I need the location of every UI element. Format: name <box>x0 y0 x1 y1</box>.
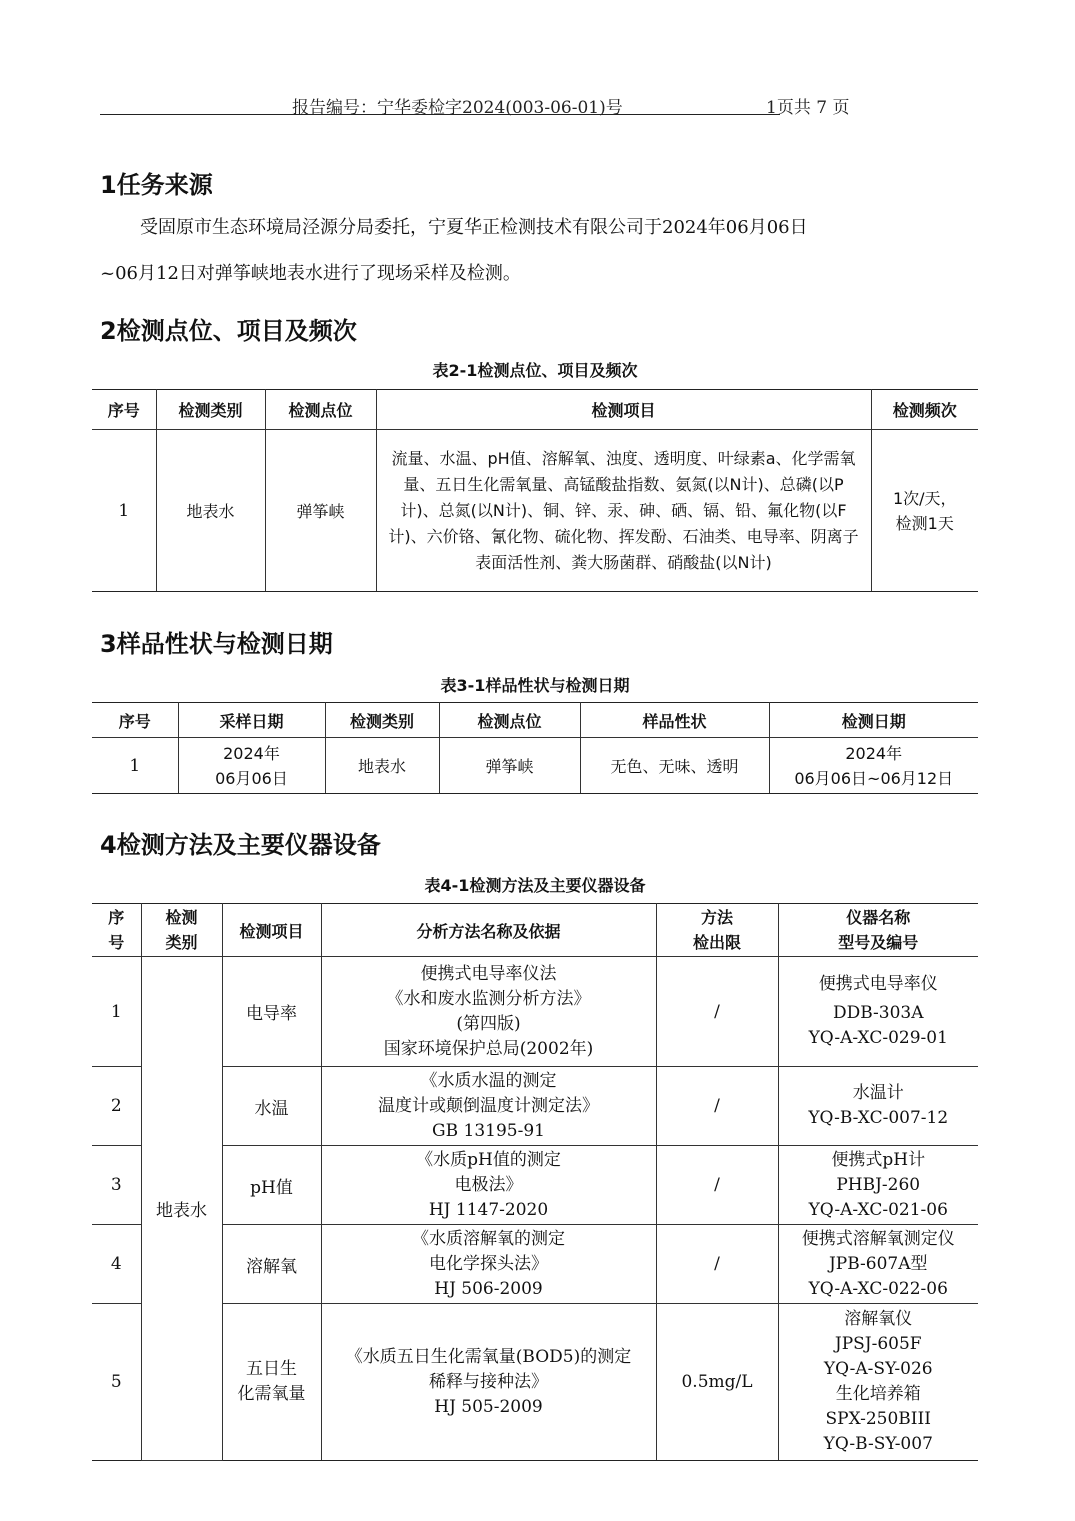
method-line: 稀释与接种法》 <box>326 1370 652 1395</box>
header-category: 检测类别 <box>325 703 439 738</box>
method-line: GB 13195-91 <box>326 1119 652 1144</box>
frequency-line-2: 检测1天 <box>876 511 975 536</box>
header-test-date: 检测日期 <box>769 703 978 738</box>
cell-method: 《水质水温的测定 温度计或颠倒温度计测定法》 GB 13195-91 <box>321 1067 656 1146</box>
cell-sample-date: 2024年 06月06日 <box>178 738 325 794</box>
instrument-line: 便携式溶解氧测定仪 <box>783 1227 975 1252</box>
table-row: 1 2024年 06月06日 地表水 弹筝峡 无色、无味、透明 2024年 06… <box>92 738 978 794</box>
method-line: 电极法》 <box>326 1173 652 1198</box>
cell-test-date: 2024年 06月06日~06月12日 <box>769 738 978 794</box>
instrument-line: YQ-A-SY-026 <box>783 1357 975 1382</box>
table-header-row: 序号 检测类别 检测点位 检测项目 检测频次 <box>92 390 978 430</box>
table3-caption: 表3-1样品性状与检测日期 <box>92 673 978 696</box>
instrument-line: 便携式电导率仪 <box>783 972 975 997</box>
header-instrument: 仪器名称型号及编号 <box>778 904 978 957</box>
cell-item: 溶解氧 <box>222 1225 321 1304</box>
method-line: 电化学探头法》 <box>326 1252 652 1277</box>
cell-item: pH值 <box>222 1146 321 1225</box>
header-no: 序号 <box>92 390 156 430</box>
cell-instrument: 便携式pH计 PHBJ-260 YQ-A-XC-021-06 <box>778 1146 978 1225</box>
cell-limit: / <box>656 957 778 1067</box>
method-line: 便携式电导率仪法 <box>326 962 652 987</box>
cell-no: 1 <box>92 738 178 794</box>
header-no: 序号 <box>92 703 178 738</box>
task-source-line-2: ~06月12日对弹筝峡地表水进行了现场采样及检测。 <box>100 251 960 297</box>
cell-item: 五日生 化需氧量 <box>222 1304 321 1461</box>
cell-method: 《水质五日生化需氧量(BOD5)的测定 稀释与接种法》 HJ 505-2009 <box>321 1304 656 1461</box>
cell-limit: / <box>656 1067 778 1146</box>
task-source-paragraph: 受固原市生态环境局泾源分局委托，宁夏华正检测技术有限公司于2024年06月06日… <box>100 205 960 297</box>
instrument-line: YQ-A-XC-029-01 <box>783 1026 975 1051</box>
cell-category: 地表水 <box>141 957 222 1461</box>
cell-no: 5 <box>92 1304 141 1461</box>
sample-date-year: 2024年 <box>183 741 321 766</box>
cell-item: 水温 <box>222 1067 321 1146</box>
page-number: 1页共 7 页 <box>766 93 849 118</box>
instrument-line: SPX-250BIII <box>783 1407 975 1432</box>
cell-site: 弹筝峡 <box>265 430 376 592</box>
instrument-line: JPSJ-605F <box>783 1332 975 1357</box>
instrument-line: 生化培养箱 <box>783 1382 975 1407</box>
method-line: 《水质溶解氧的测定 <box>326 1227 652 1252</box>
table-row: 5 五日生 化需氧量 《水质五日生化需氧量(BOD5)的测定 稀释与接种法》 H… <box>92 1304 978 1461</box>
cell-no: 2 <box>92 1067 141 1146</box>
cell-no: 1 <box>92 430 156 592</box>
table-sample-properties: 序号 采样日期 检测类别 检测点位 样品性状 检测日期 1 2024年 06月0… <box>92 702 978 794</box>
instrument-line: JPB-607A型 <box>783 1252 975 1277</box>
cell-no: 1 <box>92 957 141 1067</box>
header-site: 检测点位 <box>439 703 580 738</box>
cell-method: 《水质溶解氧的测定 电化学探头法》 HJ 506-2009 <box>321 1225 656 1304</box>
section-title-task-source: 1任务来源 <box>100 165 213 200</box>
method-line: 国家环境保护总局(2002年) <box>326 1037 652 1062</box>
cell-instrument: 水温计 YQ-B-XC-007-12 <box>778 1067 978 1146</box>
header-item: 检测项目 <box>222 904 321 957</box>
header-category: 检测类别 <box>156 390 265 430</box>
instrument-line: DDB-303A <box>783 1001 975 1026</box>
header-limit-2: 检出限 <box>661 930 774 955</box>
cell-items: 流量、水温、pH值、溶解氧、浊度、透明度、叶绿素a、化学需氧量、五日生化需氧量、… <box>376 430 871 592</box>
header-frequency: 检测频次 <box>871 390 978 430</box>
header-instrument-2: 型号及编号 <box>783 930 975 955</box>
header-appearance: 样品性状 <box>580 703 769 738</box>
header-category: 检测类别 <box>141 904 222 957</box>
cell-no: 4 <box>92 1225 141 1304</box>
header-instrument-1: 仪器名称 <box>783 905 975 930</box>
table-sampling-points: 序号 检测类别 检测点位 检测项目 检测频次 1 地表水 弹筝峡 流量、水温、p… <box>92 389 978 592</box>
cell-instrument: 便携式溶解氧测定仪 JPB-607A型 YQ-A-XC-022-06 <box>778 1225 978 1304</box>
cell-method: 便携式电导率仪法 《水和废水监测分析方法》 (第四版) 国家环境保护总局(200… <box>321 957 656 1067</box>
table-row: 1 地表水 电导率 便携式电导率仪法 《水和废水监测分析方法》 (第四版) 国家… <box>92 957 978 1067</box>
method-line: 温度计或颠倒温度计测定法》 <box>326 1094 652 1119</box>
table-row: 1 地表水 弹筝峡 流量、水温、pH值、溶解氧、浊度、透明度、叶绿素a、化学需氧… <box>92 430 978 592</box>
cell-instrument: 溶解氧仪 JPSJ-605F YQ-A-SY-026 生化培养箱 SPX-250… <box>778 1304 978 1461</box>
cell-frequency: 1次/天， 检测1天 <box>871 430 978 592</box>
method-line: HJ 505-2009 <box>326 1395 652 1420</box>
header-limit: 方法检出限 <box>656 904 778 957</box>
header-category-1: 检测 <box>146 905 218 930</box>
table-methods-instruments: 序号 检测类别 检测项目 分析方法名称及依据 方法检出限 仪器名称型号及编号 1… <box>92 903 978 1461</box>
instrument-line: PHBJ-260 <box>783 1173 975 1198</box>
header-limit-1: 方法 <box>661 905 774 930</box>
cell-limit: / <box>656 1225 778 1304</box>
table-header-row: 序号 采样日期 检测类别 检测点位 样品性状 检测日期 <box>92 703 978 738</box>
instrument-line: 水温计 <box>783 1081 975 1106</box>
cell-category: 地表水 <box>156 430 265 592</box>
report-number: 报告编号：宁华委检字2024(003-06-01)号 <box>292 93 623 118</box>
method-line: HJ 506-2009 <box>326 1277 652 1302</box>
header-no: 序号 <box>92 904 141 957</box>
cell-item: 电导率 <box>222 957 321 1067</box>
section-title-sampling: 2检测点位、项目及频次 <box>100 311 357 346</box>
header-method: 分析方法名称及依据 <box>321 904 656 957</box>
method-line: 《水质pH值的测定 <box>326 1148 652 1173</box>
header-sample-date: 采样日期 <box>178 703 325 738</box>
cell-category: 地表水 <box>325 738 439 794</box>
item-line: 五日生 <box>227 1357 317 1382</box>
method-line: 《水和废水监测分析方法》 <box>326 987 652 1012</box>
test-date-year: 2024年 <box>774 741 975 766</box>
cell-limit: / <box>656 1146 778 1225</box>
frequency-line-1: 1次/天， <box>876 486 975 511</box>
header-category-2: 类别 <box>146 930 218 955</box>
sample-date-day: 06月06日 <box>183 766 321 791</box>
table4-caption: 表4-1检测方法及主要仪器设备 <box>92 873 978 896</box>
page-header: 报告编号：宁华委检字2024(003-06-01)号 <box>100 92 780 115</box>
method-line: 《水质水温的测定 <box>326 1069 652 1094</box>
table-row: 3 pH值 《水质pH值的测定 电极法》 HJ 1147-2020 / 便携式p… <box>92 1146 978 1225</box>
cell-method: 《水质pH值的测定 电极法》 HJ 1147-2020 <box>321 1146 656 1225</box>
section-title-methods: 4检测方法及主要仪器设备 <box>100 825 381 860</box>
test-date-range: 06月06日~06月12日 <box>774 766 975 791</box>
instrument-line: YQ-B-XC-007-12 <box>783 1106 975 1131</box>
cell-instrument: 便携式电导率仪 DDB-303A YQ-A-XC-029-01 <box>778 957 978 1067</box>
table2-caption: 表2-1检测点位、项目及频次 <box>92 358 978 381</box>
instrument-line: 便携式pH计 <box>783 1148 975 1173</box>
method-line: 《水质五日生化需氧量(BOD5)的测定 <box>326 1345 652 1370</box>
instrument-line: YQ-A-XC-022-06 <box>783 1277 975 1302</box>
section-title-sample-properties: 3样品性状与检测日期 <box>100 624 333 659</box>
method-line: (第四版) <box>326 1012 652 1037</box>
header-no-2: 号 <box>96 930 137 955</box>
method-line: HJ 1147-2020 <box>326 1198 652 1223</box>
cell-site: 弹筝峡 <box>439 738 580 794</box>
table-header-row: 序号 检测类别 检测项目 分析方法名称及依据 方法检出限 仪器名称型号及编号 <box>92 904 978 957</box>
instrument-line: YQ-A-XC-021-06 <box>783 1198 975 1223</box>
cell-appearance: 无色、无味、透明 <box>580 738 769 794</box>
instrument-line: YQ-B-SY-007 <box>783 1432 975 1457</box>
task-source-line-1: 受固原市生态环境局泾源分局委托，宁夏华正检测技术有限公司于2024年06月06日 <box>100 205 960 251</box>
instrument-line: 溶解氧仪 <box>783 1307 975 1332</box>
table-row: 4 溶解氧 《水质溶解氧的测定 电化学探头法》 HJ 506-2009 / 便携… <box>92 1225 978 1304</box>
table-row: 2 水温 《水质水温的测定 温度计或颠倒温度计测定法》 GB 13195-91 … <box>92 1067 978 1146</box>
header-site: 检测点位 <box>265 390 376 430</box>
cell-limit: 0.5mg/L <box>656 1304 778 1461</box>
cell-no: 3 <box>92 1146 141 1225</box>
header-no-1: 序 <box>96 905 137 930</box>
item-line: 化需氧量 <box>227 1382 317 1407</box>
header-items: 检测项目 <box>376 390 871 430</box>
